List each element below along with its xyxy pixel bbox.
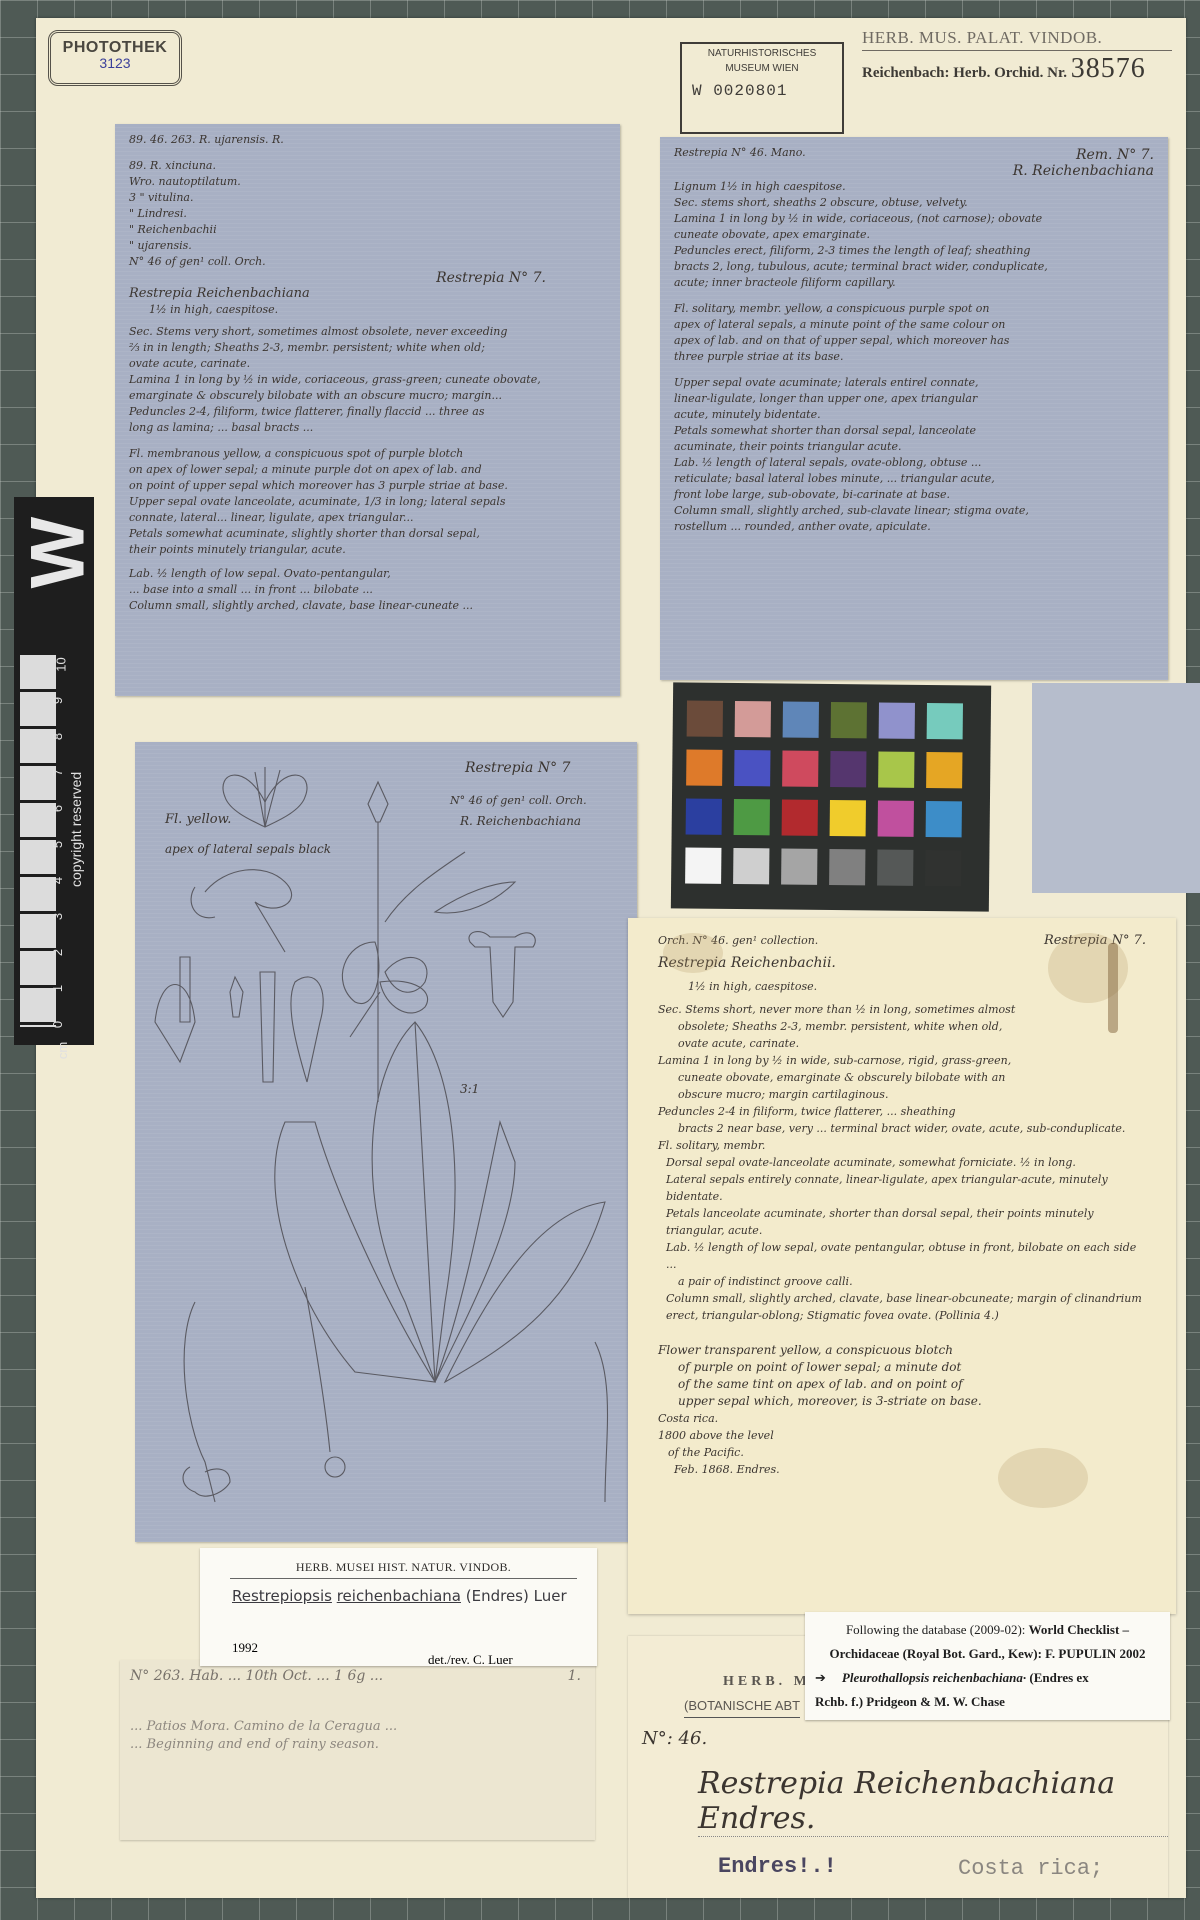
det-label-name: Restrepiopsis reichenbachiana (Endres) L… (232, 1587, 597, 1605)
color-swatch (926, 752, 962, 788)
color-swatch (878, 751, 914, 787)
phototek-stamp: PHOTOTHEK 3123 (48, 30, 182, 86)
nomenclature-update-label: Following the database (2009-02): World … (805, 1612, 1170, 1720)
pupulin-line3: ➔Pleurothallopsis reichenbachiana· (Endr… (815, 1666, 1160, 1690)
color-swatch (830, 800, 866, 836)
color-swatch (877, 849, 913, 885)
pupulin-line1: Following the database (2009-02): World … (815, 1618, 1160, 1642)
color-swatch (781, 848, 817, 884)
color-swatch (685, 847, 721, 883)
notes-text: 89. 46. 263. R. ujarensis. R. 89. R. xin… (115, 124, 620, 622)
color-swatch (782, 750, 818, 786)
color-swatch (735, 701, 771, 737)
label-header-herb: HERB. M (723, 1674, 811, 1690)
museum-name-line1: NATURHISTORISCHES (682, 48, 842, 59)
det-label-header: HERB. MUSEI HIST. NATUR. VINDOB. (230, 1560, 577, 1579)
det-year: 1992 (232, 1640, 258, 1656)
notes-sheet-cream: Orch. N° 46. gen¹ collection. Restrepia … (628, 918, 1176, 1614)
botanical-drawing-sheet: Fl. yellow. apex of lateral sepals black… (135, 742, 637, 1542)
herbarium-header: HERB. MUS. PALAT. VINDOB. Reichenbach: H… (862, 28, 1172, 85)
museum-logo: W (15, 529, 102, 589)
determination-label: HERB. MUSEI HIST. NATUR. VINDOB. Restrep… (200, 1548, 597, 1666)
collector-stamp: Endres!.! (718, 1854, 837, 1879)
herbarium-collection: Reichenbach: Herb. Orchid. Nr. 38576 (862, 53, 1172, 85)
color-swatch (687, 700, 723, 736)
color-swatch (926, 801, 962, 837)
color-swatch (733, 848, 769, 884)
arrow-right-icon: ➔ (815, 1670, 826, 1685)
color-calibration-card (671, 682, 991, 911)
color-swatch (734, 750, 770, 786)
color-swatch (830, 751, 866, 787)
color-swatch (831, 702, 867, 738)
notes-text: Restrepia N° 46. Mano. Rem. N° 7. R. Rei… (660, 137, 1168, 543)
color-swatch (879, 702, 915, 738)
color-swatch (686, 749, 722, 785)
herbarium-title: HERB. MUS. PALAT. VINDOB. (862, 28, 1172, 51)
color-swatch (782, 799, 818, 835)
collection-number: 38576 (1071, 53, 1146, 84)
orchid-drawing-icon (135, 742, 637, 1542)
phototek-number: 3123 (51, 55, 179, 71)
color-swatch (829, 849, 865, 885)
det-by: det./rev. C. Luer (428, 1652, 513, 1668)
collection-label: Reichenbach: Herb. Orchid. Nr. (862, 65, 1067, 81)
strip-lines: ... Patios Mora. Camino de la Ceragua ..… (130, 1718, 580, 1754)
color-swatch (686, 798, 722, 834)
strip-line1: N° 263. Hab. ... 10th Oct. ... 1 6g ... (130, 1668, 383, 1684)
notes-sheet-top-right: Restrepia N° 46. Mano. Rem. N° 7. R. Rei… (660, 137, 1168, 680)
locality-stamp: Costa rica; (958, 1856, 1103, 1881)
label-header-dept: (BOTANISCHE ABT (684, 1698, 800, 1718)
grey-reference-card (1032, 683, 1200, 893)
notes-text: Orch. N° 46. gen¹ collection. Restrepia … (628, 918, 1176, 1492)
barcode-number: W 0020801 (692, 82, 842, 100)
pupulin-line4: Rchb. f.) Pridgeon & M. W. Chase (815, 1690, 1160, 1714)
color-swatch (878, 800, 914, 836)
color-swatch-grid (671, 682, 991, 904)
strip-page-number: 1. (568, 1668, 581, 1684)
color-swatch (783, 701, 819, 737)
scale-bar: W 0 1 2 3 4 5 6 7 8 9 10 cm copyright re… (14, 497, 94, 1045)
specimen-name: Restrepia Reichenbachiana Endres. (698, 1766, 1168, 1837)
color-swatch (925, 850, 961, 886)
specimen-number: N°: 46. (642, 1728, 707, 1749)
ink-stain (1108, 943, 1118, 1033)
color-swatch (734, 799, 770, 835)
color-swatch (927, 703, 963, 739)
field-notes-strip: N° 263. Hab. ... 10th Oct. ... 1 6g ... … (120, 1660, 595, 1840)
museum-barcode-stamp: NATURHISTORISCHES MUSEUM WIEN W 0020801 (680, 42, 844, 134)
museum-name-line2: MUSEUM WIEN (682, 63, 842, 74)
notes-sheet-top-left: 89. 46. 263. R. ujarensis. R. 89. R. xin… (115, 124, 620, 696)
pupulin-line2: Orchidaceae (Royal Bot. Gard., Kew): F. … (815, 1642, 1160, 1666)
copyright-text: copyright reserved (68, 657, 88, 887)
